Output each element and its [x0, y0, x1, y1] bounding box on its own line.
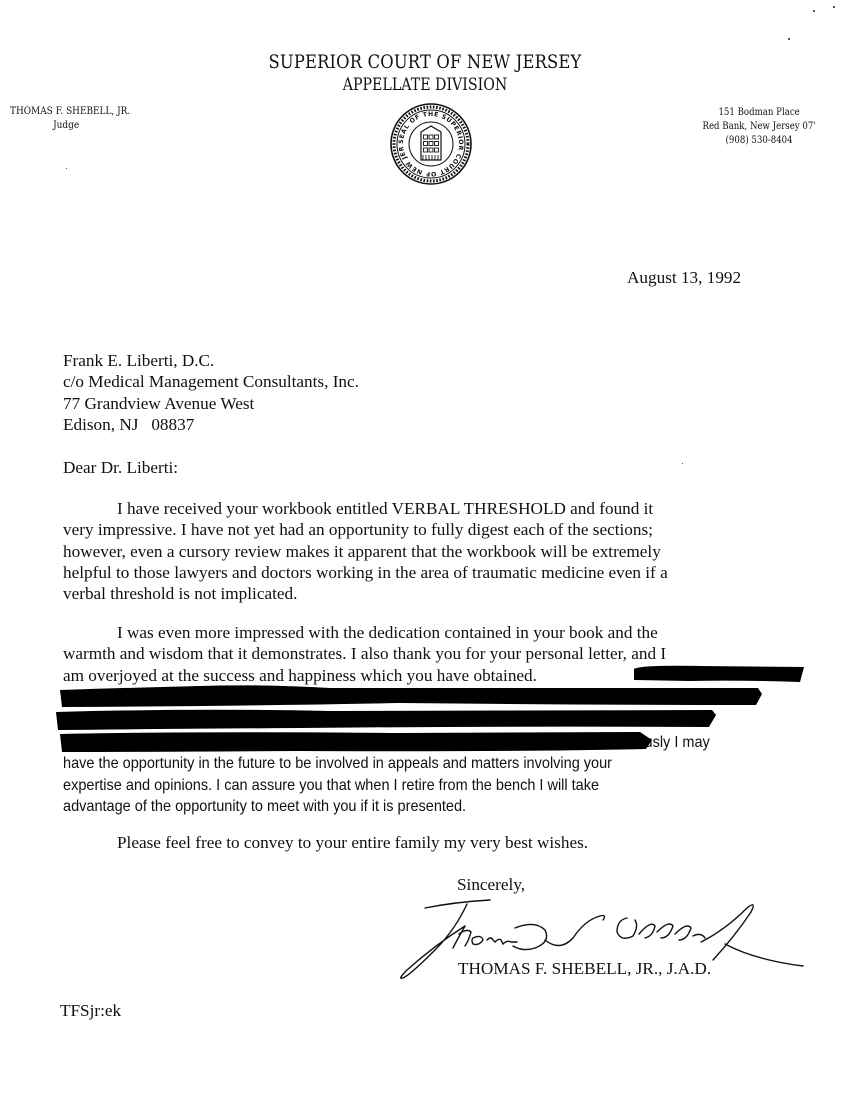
paragraph-line: warmth and wisdom that it demonstrates. … — [63, 643, 803, 664]
address-phone: (908) 530-8404 — [686, 134, 832, 148]
redaction-bar — [56, 710, 716, 730]
closing-line: Please feel free to convey to your entir… — [117, 832, 588, 853]
paragraph-line: advantage of the opportunity to meet wit… — [63, 796, 751, 817]
paragraph-line: am overjoyed at the success and happines… — [63, 665, 803, 686]
address-city: Red Bank, New Jersey 07' — [686, 120, 832, 134]
paragraph-line: obviously I may — [63, 732, 751, 753]
judge-title: Judge — [0, 118, 146, 132]
address-street: 151 Bodman Place — [686, 106, 832, 120]
scan-speck — [833, 6, 835, 8]
paragraph-line: expertise and opinions. I can assure you… — [63, 775, 751, 796]
paragraph-line: I have received your workbook entitled V… — [63, 498, 803, 519]
recipient-care-of: c/o Medical Management Consultants, Inc. — [63, 371, 359, 392]
reference-initials: TFSjr:ek — [60, 1000, 121, 1021]
scan-speck — [66, 168, 67, 169]
paragraph-line: I was even more impressed with the dedic… — [63, 622, 803, 643]
judge-block: THOMAS F. SHEBELL, JR. Judge — [10, 104, 146, 132]
recipient-street: 77 Grandview Avenue West — [63, 393, 359, 414]
paragraph-line: have the opportunity in the future to be… — [63, 753, 751, 774]
court-name: SUPERIOR COURT OF NEW JERSEY — [60, 51, 791, 73]
paragraph-line: however, even a cursory review makes it … — [63, 541, 803, 562]
salutation: Dear Dr. Liberti: — [63, 457, 178, 478]
recipient-name: Frank E. Liberti, D.C. — [63, 350, 359, 371]
scan-speck — [788, 38, 790, 40]
paragraph-line: helpful to those lawyers and doctors wor… — [63, 562, 803, 583]
letter-date: August 13, 1992 — [627, 267, 741, 288]
scan-speck — [813, 10, 815, 12]
recipient-city: Edison, NJ 08837 — [63, 414, 359, 435]
division-name: APPELLATE DIVISION — [60, 75, 791, 94]
judge-name: THOMAS F. SHEBELL, JR. — [10, 104, 146, 118]
paragraph-line: very impressive. I have not yet had an o… — [63, 519, 803, 540]
paragraph-1: I have received your workbook entitled V… — [63, 498, 803, 604]
paragraph-2: I was even more impressed with the dedic… — [63, 622, 803, 686]
redaction-bar — [60, 685, 762, 707]
paragraph-line: verbal threshold is not implicated. — [63, 583, 803, 604]
court-seal-icon: SEAL OF THE SUPERIOR COURT OF NEW JERSEY… — [389, 102, 473, 186]
sign-off: Sincerely, — [457, 874, 525, 895]
signer-name: THOMAS F. SHEBELL, JR., J.A.D. — [458, 958, 711, 979]
scan-speck — [682, 463, 683, 464]
paragraph-3: obviously I may have the opportunity in … — [63, 732, 751, 817]
recipient-address: Frank E. Liberti, D.C. c/o Medical Manag… — [63, 350, 359, 435]
court-address: 151 Bodman Place Red Bank, New Jersey 07… — [686, 106, 832, 148]
